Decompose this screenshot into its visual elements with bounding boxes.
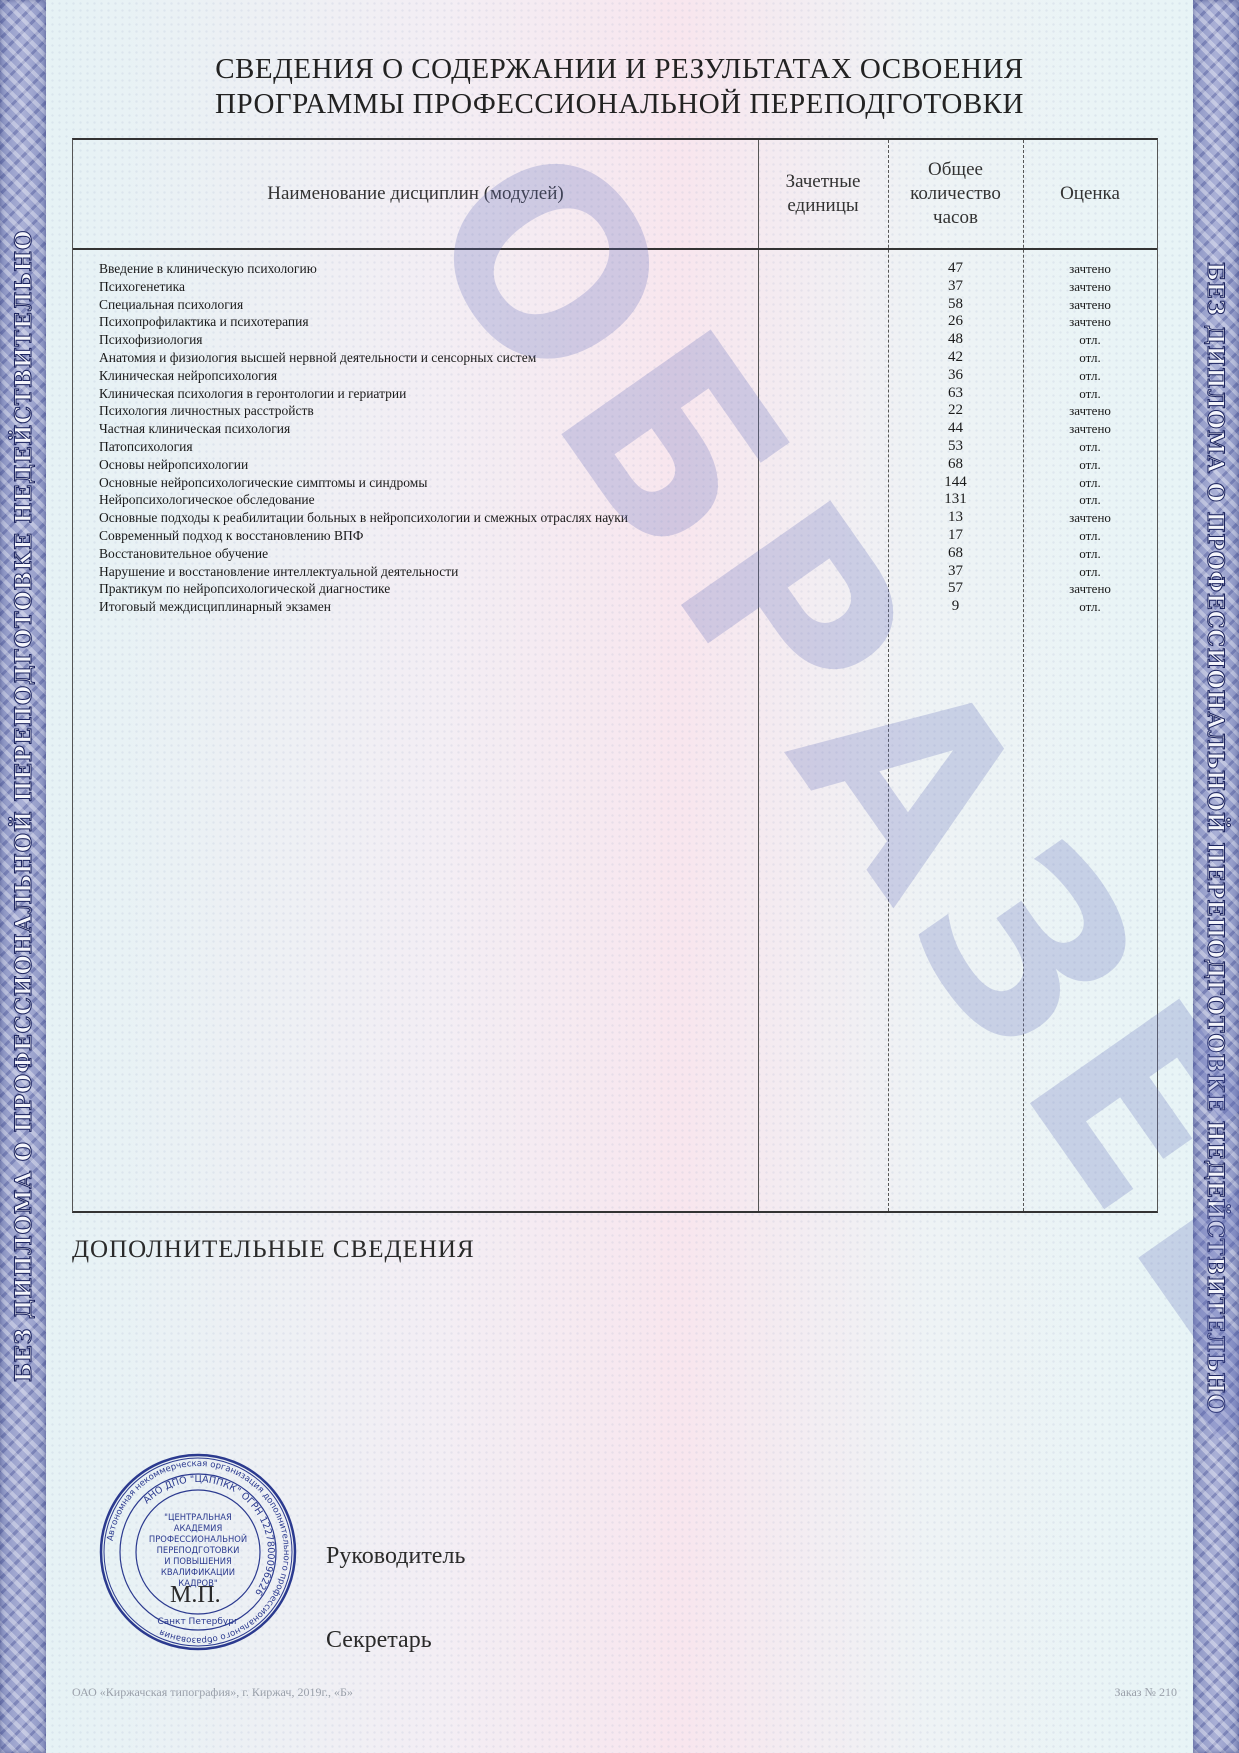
header-separator: [73, 248, 1157, 250]
table-row: Практикум по нейропсихологической диагно…: [73, 580, 1157, 598]
table-row: Клиническая психология в геронтологии и …: [73, 385, 1157, 403]
header-hours-line: Общее: [910, 158, 1001, 182]
discipline-hours: 37: [888, 278, 1023, 296]
discipline-hours: 36: [888, 367, 1023, 385]
discipline-name: Основные нейропсихологические симптомы и…: [99, 474, 427, 492]
discipline-name: Психопрофилактика и психотерапия: [99, 313, 309, 331]
discipline-grade: зачтено: [1023, 278, 1157, 296]
discipline-grade: отл.: [1023, 563, 1157, 581]
discipline-hours: 44: [888, 420, 1023, 438]
discipline-grade: отл.: [1023, 545, 1157, 563]
header-credit-units: Зачетные единицы: [758, 140, 888, 248]
discipline-grade: зачтено: [1023, 402, 1157, 420]
discipline-grade: отл.: [1023, 331, 1157, 349]
table-row: Анатомия и физиология высшей нервной дея…: [73, 349, 1157, 367]
discipline-grade: отл.: [1023, 491, 1157, 509]
header-grade: Оценка: [1023, 140, 1157, 248]
discipline-grade: отл.: [1023, 367, 1157, 385]
header-hours-line: часов: [910, 206, 1001, 230]
discipline-hours: 68: [888, 545, 1023, 563]
discipline-name: Современный подход к восстановлению ВПФ: [99, 527, 363, 545]
discipline-hours: 144: [888, 474, 1023, 492]
discipline-name: Основы нейропсихологии: [99, 456, 248, 474]
left-side-text: БЕЗ ДИПЛОМА О ПРОФЕССИОНАЛЬНОЙ ПЕРЕПОДГО…: [11, 230, 37, 1382]
discipline-hours: 68: [888, 456, 1023, 474]
discipline-hours: 48: [888, 331, 1023, 349]
table-row: Психология личностных расстройств22зачте…: [73, 402, 1157, 420]
discipline-hours: 22: [888, 402, 1023, 420]
discipline-hours: 37: [888, 563, 1023, 581]
discipline-grade: зачтено: [1023, 420, 1157, 438]
discipline-name: Введение в клиническую психологию: [99, 260, 317, 278]
table-row: Восстановительное обучение68отл.: [73, 545, 1157, 563]
table-row: Психогенетика37зачтено: [73, 278, 1157, 296]
title-line-2: ПРОГРАММЫ ПРОФЕССИОНАЛЬНОЙ ПЕРЕПОДГОТОВК…: [0, 87, 1239, 122]
discipline-name: Психогенетика: [99, 278, 185, 296]
discipline-hours: 53: [888, 438, 1023, 456]
svg-text:ПЕРЕПОДГОТОВКИ: ПЕРЕПОДГОТОВКИ: [157, 1545, 240, 1555]
table-row: Частная клиническая психология44зачтено: [73, 420, 1157, 438]
svg-text:Санкт Петербург: Санкт Петербург: [157, 1617, 239, 1627]
discipline-grade: отл.: [1023, 349, 1157, 367]
table-row: Нарушение и восстановление интеллектуаль…: [73, 563, 1157, 581]
table-row: Нейропсихологическое обследование131отл.: [73, 491, 1157, 509]
header-discipline-name: Наименование дисциплин (модулей): [73, 140, 758, 248]
table-row: Специальная психология58зачтено: [73, 296, 1157, 314]
discipline-name: Нейропсихологическое обследование: [99, 491, 315, 509]
discipline-name: Патопсихология: [99, 438, 193, 456]
order-number: Заказ № 210: [1114, 1685, 1177, 1700]
discipline-name: Частная клиническая психология: [99, 420, 290, 438]
discipline-name: Практикум по нейропсихологической диагно…: [99, 580, 390, 598]
header-units-line: единицы: [786, 194, 861, 218]
discipline-grade: отл.: [1023, 598, 1157, 616]
header-units-line: Зачетные: [786, 170, 861, 194]
discipline-hours: 9: [888, 598, 1023, 616]
discipline-hours: 58: [888, 296, 1023, 314]
official-stamp: Автономная некоммерческая организация до…: [98, 1452, 298, 1652]
table-row: Основные нейропсихологические симптомы и…: [73, 474, 1157, 492]
table-row: Психопрофилактика и психотерапия26зачтен…: [73, 313, 1157, 331]
discipline-hours: 13: [888, 509, 1023, 527]
discipline-hours: 47: [888, 260, 1023, 278]
discipline-hours: 17: [888, 527, 1023, 545]
discipline-hours: 131: [888, 491, 1023, 509]
discipline-name: Нарушение и восстановление интеллектуаль…: [99, 563, 458, 581]
discipline-hours: 42: [888, 349, 1023, 367]
discipline-grade: зачтено: [1023, 313, 1157, 331]
discipline-name: Итоговый междисциплинарный экзамен: [99, 598, 331, 616]
discipline-name: Анатомия и физиология высшей нервной дея…: [99, 349, 536, 367]
header-hours-line: количество: [910, 182, 1001, 206]
right-side-text: БЕЗ ДИПЛОМА О ПРОФЕССИОНАЛЬНОЙ ПЕРЕПОДГО…: [1202, 262, 1228, 1414]
disciplines-table: Наименование дисциплин (модулей) Зачетны…: [72, 138, 1158, 1213]
title-line-1: СВЕДЕНИЯ О СОДЕРЖАНИИ И РЕЗУЛЬТАТАХ ОСВО…: [0, 52, 1239, 87]
discipline-grade: отл.: [1023, 385, 1157, 403]
discipline-grade: отл.: [1023, 456, 1157, 474]
table-row: Введение в клиническую психологию47зачте…: [73, 260, 1157, 278]
table-row: Психофизиология48отл.: [73, 331, 1157, 349]
table-row: Основные подходы к реабилитации больных …: [73, 509, 1157, 527]
table-row: Патопсихология53отл.: [73, 438, 1157, 456]
discipline-hours: 57: [888, 580, 1023, 598]
discipline-hours: 63: [888, 385, 1023, 403]
discipline-grade: отл.: [1023, 474, 1157, 492]
table-row: Современный подход к восстановлению ВПФ1…: [73, 527, 1157, 545]
svg-text:"ЦЕНТРАЛЬНАЯ: "ЦЕНТРАЛЬНАЯ: [164, 1512, 232, 1522]
discipline-name: Психофизиология: [99, 331, 203, 349]
discipline-grade: отл.: [1023, 438, 1157, 456]
discipline-name: Клиническая нейропсихология: [99, 367, 277, 385]
discipline-name: Основные подходы к реабилитации больных …: [99, 509, 628, 527]
svg-text:АКАДЕМИЯ: АКАДЕМИЯ: [174, 1523, 223, 1533]
discipline-grade: зачтено: [1023, 296, 1157, 314]
svg-text:КВАЛИФИКАЦИИ: КВАЛИФИКАЦИИ: [161, 1567, 235, 1577]
discipline-grade: зачтено: [1023, 580, 1157, 598]
header-total-hours: Общее количество часов: [888, 140, 1023, 248]
discipline-grade: отл.: [1023, 527, 1157, 545]
table-row: Основы нейропсихологии68отл.: [73, 456, 1157, 474]
table-row: Клиническая нейропсихология36отл.: [73, 367, 1157, 385]
discipline-name: Клиническая психология в геронтологии и …: [99, 385, 406, 403]
table-row: Итоговый междисциплинарный экзамен9отл.: [73, 598, 1157, 616]
discipline-name: Психология личностных расстройств: [99, 402, 314, 420]
discipline-grade: зачтено: [1023, 260, 1157, 278]
discipline-name: Восстановительное обучение: [99, 545, 268, 563]
discipline-name: Специальная психология: [99, 296, 243, 314]
svg-text:ПРОФЕССИОНАЛЬНОЙ: ПРОФЕССИОНАЛЬНОЙ: [149, 1533, 247, 1544]
additional-info-title: ДОПОЛНИТЕЛЬНЫЕ СВЕДЕНИЯ: [72, 1236, 475, 1264]
page-title: СВЕДЕНИЯ О СОДЕРЖАНИИ И РЕЗУЛЬТАТАХ ОСВО…: [0, 52, 1239, 122]
signature-head-label: Руководитель: [326, 1543, 465, 1570]
printer-imprint: ОАО «Киржачская типография», г. Киржач, …: [72, 1685, 353, 1700]
seal-label: М.П.: [170, 1582, 221, 1609]
svg-text:И ПОВЫШЕНИЯ: И ПОВЫШЕНИЯ: [164, 1556, 232, 1566]
signature-secretary-label: Секретарь: [326, 1627, 432, 1654]
table-body: Введение в клиническую психологию47зачте…: [73, 260, 1157, 616]
discipline-grade: зачтено: [1023, 509, 1157, 527]
discipline-hours: 26: [888, 313, 1023, 331]
